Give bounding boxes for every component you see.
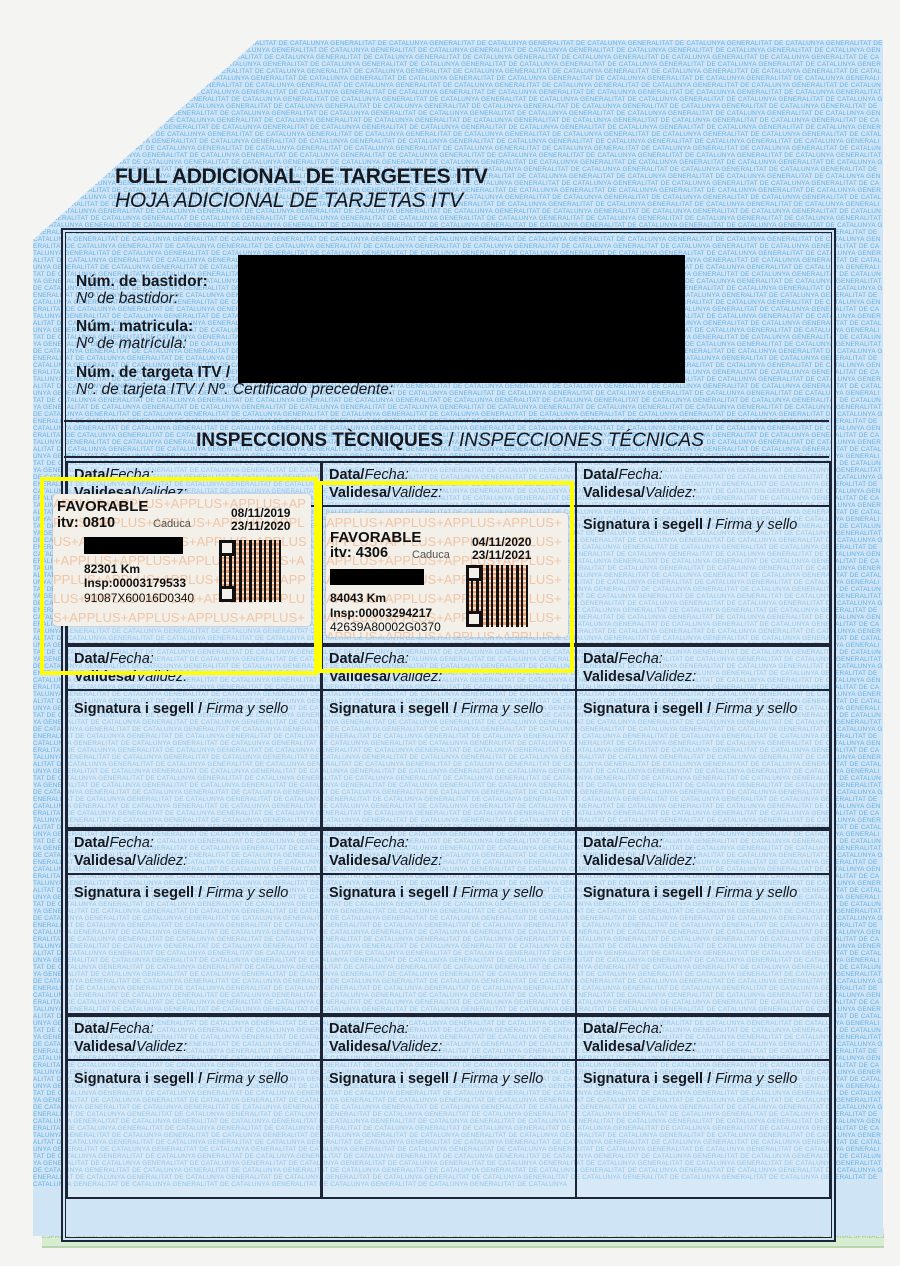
signature-label: Signatura i segell / Firma y sello xyxy=(583,701,797,717)
validity-label: Validesa/Validez: xyxy=(329,853,442,869)
sticker-code: 91087X60016D0340 xyxy=(84,591,194,605)
sticker-insp-number: Insp:00003179533 xyxy=(84,576,186,590)
sticker-inspection-date: 08/11/2019 xyxy=(231,506,290,520)
inspection-cell: Data/Fecha:Validesa/Validez:Signatura i … xyxy=(321,645,577,829)
qr-code-icon xyxy=(219,540,281,602)
sticker-insp-number: Insp:00003294217 xyxy=(330,606,432,620)
inspection-cell: Data/Fecha:Validesa/Validez:Signatura i … xyxy=(66,645,322,829)
redaction-box xyxy=(238,255,685,383)
validity-label: Validesa/Validez: xyxy=(74,853,187,869)
validity-label: Validesa/Validez: xyxy=(329,669,442,685)
signature-label: Signatura i segell / Firma y sello xyxy=(329,885,543,901)
signature-label: Signatura i segell / Firma y sello xyxy=(329,701,543,717)
date-label: Data/Fecha: xyxy=(74,835,154,851)
field-plate-number: Núm. matricula: Nº de matrícula: xyxy=(76,318,193,352)
section-title-ca: INSPECCIONS TÈCNIQUES xyxy=(196,430,443,451)
sticker-plate-redaction xyxy=(330,569,424,585)
date-label: Data/Fecha: xyxy=(583,1021,663,1037)
field-label-ca: Núm. matricula: xyxy=(76,318,193,335)
sticker-km: 82301 Km xyxy=(84,562,140,576)
validity-label: Validesa/Validez: xyxy=(583,485,696,501)
date-label: Data/Fecha: xyxy=(74,651,154,667)
signature-label: Signatura i segell / Firma y sello xyxy=(583,1071,797,1087)
inspection-cell: Data/Fecha:Validesa/Validez:Signatura i … xyxy=(321,829,577,1015)
inspection-cell: Data/Fecha:Validesa/Validez:Signatura i … xyxy=(66,829,322,1015)
sticker-result: FAVORABLE xyxy=(330,529,421,546)
date-label: Data/Fecha: xyxy=(583,467,663,483)
document-title: FULL ADDICIONAL DE TARGETES ITV HOJA ADI… xyxy=(115,165,488,213)
signature-label: Signatura i segell / Firma y sello xyxy=(74,885,288,901)
sticker-inspection-date: 04/11/2020 xyxy=(472,535,531,549)
signature-label: Signatura i segell / Firma y sello xyxy=(329,1071,543,1087)
inspection-cell: Data/Fecha:Validesa/Validez:Signatura i … xyxy=(321,1015,577,1199)
date-label: Data/Fecha: xyxy=(329,835,409,851)
field-label-es: Nº de bastidor: xyxy=(76,290,208,307)
validity-label: Validesa/Validez: xyxy=(583,853,696,869)
date-label: Data/Fecha: xyxy=(329,467,409,483)
validity-label: Validesa/Validez: xyxy=(329,1039,442,1055)
validity-label: Validesa/Validez: xyxy=(74,1039,187,1055)
inspection-cell: Data/Fecha:Validesa/Validez:Signatura i … xyxy=(575,645,831,829)
inspection-sticker-2: APPLUS+APPLUS+APPLUS+APPLUS+APPLUS+APPLU… xyxy=(326,513,568,637)
sticker-itv-station: itv: 0810 xyxy=(57,515,115,531)
sticker-expiry-date: 23/11/2020 xyxy=(231,519,290,533)
date-label: Data/Fecha: xyxy=(329,651,409,667)
section-title-es: INSPECCIONES TÉCNICAS xyxy=(459,430,704,451)
date-label: Data/Fecha: xyxy=(583,651,663,667)
field-chassis-number: Núm. de bastidor: Nº de bastidor: xyxy=(76,273,208,307)
signature-label: Signatura i segell / Firma y sello xyxy=(583,885,797,901)
sticker-caduca-label: Caduca xyxy=(412,549,450,561)
field-label-ca: Núm. de bastidor: xyxy=(76,273,208,290)
section-title: INSPECCIONS TÈCNIQUES / INSPECCIONES TÉC… xyxy=(0,430,900,452)
inspection-sticker-1: APPLUS+APPLUS+APPLUS+APPLUS+APPLUS+APPLU… xyxy=(53,494,311,626)
field-label-es: Nº. de tarjeta ITV / Nº. Certificado pre… xyxy=(76,381,393,398)
inspection-cell: Data/Fecha:Validesa/Validez:Signatura i … xyxy=(66,1015,322,1199)
title-spanish: HOJA ADICIONAL DE TARJETAS ITV xyxy=(115,189,488,213)
sticker-itv-station: itv: 4306 xyxy=(330,545,388,561)
date-label: Data/Fecha: xyxy=(329,1021,409,1037)
inspection-cell: Data/Fecha:Validesa/Validez:Signatura i … xyxy=(575,829,831,1015)
sticker-expiry-date: 23/11/2021 xyxy=(472,548,531,562)
sticker-caduca-label: Caduca xyxy=(153,518,191,530)
qr-code-icon xyxy=(466,565,528,627)
date-label: Data/Fecha: xyxy=(583,835,663,851)
validity-label: Validesa/Validez: xyxy=(329,485,442,501)
inspection-cell: Data/Fecha:Validesa/Validez:Signatura i … xyxy=(575,461,831,645)
signature-label: Signatura i segell / Firma y sello xyxy=(74,1071,288,1087)
sticker-plate-redaction xyxy=(84,537,183,554)
divider xyxy=(64,456,829,458)
sticker-result: FAVORABLE xyxy=(57,498,148,515)
inspection-cell: Data/Fecha:Validesa/Validez:Signatura i … xyxy=(575,1015,831,1199)
validity-label: Validesa/Validez: xyxy=(583,1039,696,1055)
validity-label: Validesa/Validez: xyxy=(74,669,187,685)
signature-label: Signatura i segell / Firma y sello xyxy=(74,701,288,717)
divider xyxy=(64,420,829,422)
date-label: Data/Fecha: xyxy=(74,467,154,483)
field-label-es: Nº de matrícula: xyxy=(76,335,193,352)
section-title-separator: / xyxy=(448,430,453,451)
title-catalan: FULL ADDICIONAL DE TARGETES ITV xyxy=(115,165,488,189)
validity-label: Validesa/Validez: xyxy=(583,669,696,685)
sticker-km: 84043 Km xyxy=(330,591,386,605)
date-label: Data/Fecha: xyxy=(74,1021,154,1037)
signature-label: Signatura i segell / Firma y sello xyxy=(583,517,797,533)
sticker-code: 42639A80002G0370 xyxy=(330,620,441,634)
